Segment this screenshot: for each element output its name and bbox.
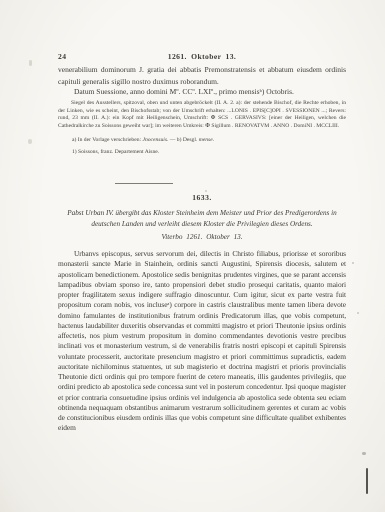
scan-smudge [29,60,32,66]
page-header: 24 1261. Oktober 13. [58,52,346,64]
scan-speck [357,312,359,314]
footnote-ab-pre: a) In der Vorlage verschrieben: [72,137,142,143]
charter-number: 1633. [58,193,346,202]
scan-speck [352,262,354,264]
previous-charter-closing-text: venerabilium dominorum J. gratia dei abb… [58,64,346,87]
footnote-ab-mid: . — b) Desgl. [167,137,199,143]
running-head: 1261. Oktober 13. [58,52,346,61]
previous-charter-datum-line: Datum Suessione, anno domini Mº. CCº. LX… [58,87,346,96]
charter-body-text: Urbanvs episcopus, servus servorum dei, … [58,249,346,434]
section-divider [0,183,288,184]
footnote-1: 1) Soissons, franz. Departement Aisne. [72,149,312,155]
scan-scratch [366,468,368,494]
scan-smudge [28,139,32,144]
charter-dateline: Viterbo 1261. Oktober 13. [58,233,346,241]
footnote-ab: a) In der Vorlage verschrieben: Jnocensu… [72,137,312,143]
divider-rule [115,183,173,184]
seal-description: Siegel des Ausstellers, spitzoval, oben … [58,100,346,130]
scan-smudge [362,452,366,455]
scan-speck [205,190,207,192]
scanned-book-page: 24 1261. Oktober 13. venerabilium domino… [0,0,385,512]
charter-regest: Pabst Urban IV. übergibt das Kloster Ste… [52,208,352,230]
footnote-ab-end: . [213,137,214,143]
footnote-ab-word2: mense [199,137,213,143]
footnote-ab-word1: Jnocensuis [142,137,167,143]
